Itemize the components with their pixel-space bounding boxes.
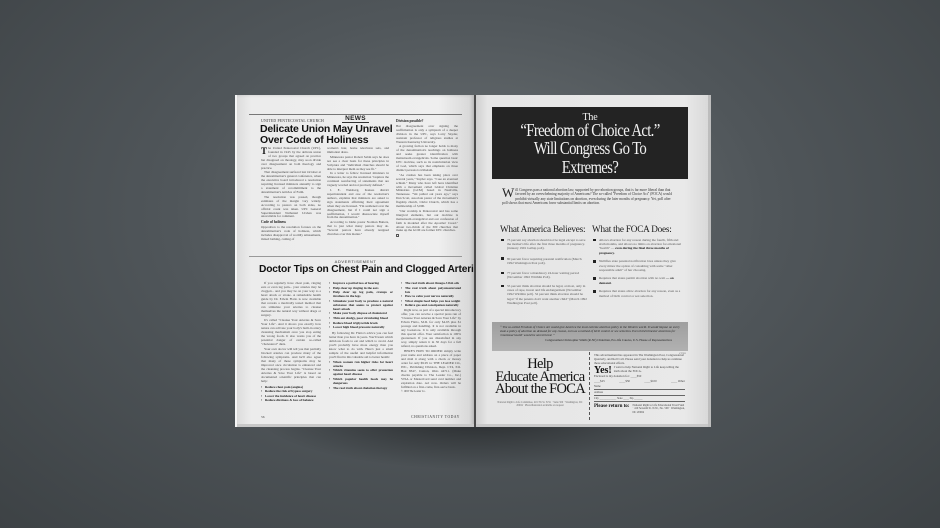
- page-edge: [476, 424, 708, 427]
- item-text: Requires that states allow abortion for …: [599, 289, 680, 297]
- section-label: NEWS: [342, 115, 369, 123]
- list-item: Nullifies state parental notification la…: [593, 259, 683, 272]
- paragraph: It's called "Cleanse Your Arteries & Sav…: [261, 318, 321, 346]
- drop-cap: T: [261, 147, 267, 155]
- paragraph: Your own doctor will tell you that parti…: [261, 347, 321, 383]
- amount-options: ____$25 ____$50 ____$100 ____ Other: [594, 380, 685, 384]
- paragraph: But disagreement over signing the reaffi…: [396, 125, 458, 145]
- open-magazine: NEWS UNITED PENTECOSTAL CHURCH Delicate …: [235, 95, 711, 427]
- article-column-2: women's hair, home television sets, and …: [327, 147, 389, 255]
- right-page: The “Freedom of Choice Act.” Will Congre…: [476, 95, 711, 427]
- list-item: Help clear up ringing in the ears: [329, 286, 393, 290]
- list-item: Reduce dizziness & loss of balance: [261, 398, 321, 402]
- amount-option: ____$50: [619, 380, 630, 384]
- list-item: Stimulate your body to produce a natural…: [329, 299, 393, 311]
- list-item: Requires that states permit abortion wit…: [593, 276, 683, 284]
- amount-option: ____ Other: [671, 380, 685, 384]
- drop-cap: W: [502, 188, 514, 198]
- list-item: How to calm your nerves naturally: [401, 294, 461, 298]
- list-item: Relieve gas and constipation naturally: [401, 303, 461, 307]
- list-item: Make your body dispose of cholesterol: [329, 311, 393, 315]
- ad-column-1: If you regularly have chest pain, ringin…: [261, 281, 321, 403]
- list-item: Reduce the risk of bypass surgery: [261, 389, 321, 393]
- page-edge: [237, 424, 474, 427]
- ad-title-box: The “Freedom of Choice Act.” Will Congre…: [492, 107, 688, 179]
- divider: [249, 256, 462, 257]
- address-field: Address: [594, 391, 685, 396]
- info-list: When women run higher risks for heart at…: [329, 360, 393, 390]
- paragraph: women's hair, home television sets, and …: [327, 147, 389, 155]
- ad-column-3: The real truth about Omega-3 fish oils T…: [401, 281, 461, 396]
- quote-text: “ The so-called Freedom of Choice Act wo…: [500, 325, 680, 337]
- list-item: When women run higher risks for heart at…: [329, 360, 393, 368]
- benefit-list: Reduce chest pain (angina) Reduce the ri…: [261, 385, 321, 403]
- list-item: Which popular health foods may be danger…: [329, 377, 393, 385]
- list-item: Reduce chest pain (angina): [261, 385, 321, 389]
- return-label: Please return to:: [594, 404, 629, 414]
- list-item: The real truth about chelation therapy: [329, 386, 393, 390]
- list-item: Which vitamins seem to offer protection …: [329, 368, 393, 376]
- list-item: 77 percent favor a mandatory 24-hour wai…: [501, 271, 587, 279]
- list-item: Help clear up leg pain, cramps or tiredn…: [329, 290, 393, 298]
- america-believes-title: What America Believes:: [500, 224, 585, 234]
- help-line-3: About the FOCA: [494, 383, 586, 396]
- list-item: Allows abortion for any reason during th…: [593, 238, 683, 255]
- name-field: Name: [594, 385, 685, 390]
- title-line-2: “Freedom of Choice Act.”: [510, 122, 671, 139]
- paragraph: J. E. Weisberg, Kansas district superint…: [327, 189, 389, 220]
- magazine-name: CHRISTIANITY TODAY: [411, 415, 460, 419]
- sponsor-footer: National Right to Life Committee, 419 7t…: [494, 401, 586, 407]
- return-address: National Right to Life Educational Trust…: [632, 404, 685, 414]
- item-text: Nullifies state parental notification la…: [599, 259, 676, 271]
- paragraph: Opposition to the resolution focuses on …: [261, 226, 321, 242]
- coupon-intro: This advertisement has appeared in The W…: [594, 354, 685, 365]
- list-item: Requires that states allow abortion for …: [593, 289, 683, 297]
- paragraph: "Our worship is Pentecostal and has some…: [396, 210, 458, 233]
- foca-does-list: Allows abortion for any reason during th…: [593, 238, 683, 302]
- page-number: 56: [261, 415, 265, 419]
- section-header: NEWS: [249, 105, 462, 115]
- list-item: Lower high blood pressure naturally: [329, 325, 393, 329]
- quote-box: “ The so-called Freedom of Choice Act wo…: [492, 322, 688, 351]
- list-item: Improve a partial loss of hearing: [329, 281, 393, 285]
- benefit-list: Improve a partial loss of hearing Help c…: [329, 281, 393, 329]
- paragraph: he United Pentecostal Church (UPC), foun…: [261, 146, 321, 170]
- order-instructions: HERE'S HOW TO ORDER: simply write your n…: [401, 349, 461, 389]
- america-believes-list: 73 percent say abortion should not be le…: [501, 238, 587, 309]
- list-item: The real truth about Omega-3 fish oils: [401, 281, 461, 285]
- list-item: Lower the incidence of heart disease: [261, 394, 321, 398]
- list-item: Reduce blood triglyceride levels: [329, 321, 393, 325]
- paragraph: The resolution was passed, though estima…: [261, 196, 321, 219]
- city-state-zip-field: City ____________ State ____ Zip ______: [594, 397, 685, 402]
- ad-column-2: Improve a partial loss of hearing Help c…: [329, 281, 393, 390]
- paragraph: That disagreement surfaced last October …: [261, 171, 321, 194]
- list-item: The real truth about polyunsaturated fat…: [401, 286, 461, 294]
- coupon-code: CT993: [679, 352, 686, 356]
- list-item: 73 percent say abortion should not be le…: [501, 238, 587, 251]
- intro-text: ill Congress pass a national abortion la…: [502, 188, 672, 205]
- paragraph: By following Dr. Flatto's advice you can…: [329, 331, 393, 359]
- paragraph: "As crashes has been taking place over s…: [396, 174, 458, 209]
- paragraph: Minnesota pastor Robert Sabin says he do…: [327, 156, 389, 172]
- list-item: Thin out sludgy, poor circulating blood: [329, 316, 393, 320]
- return-row: Please return to: National Right to Life…: [594, 404, 685, 414]
- foca-does-title: What the FOCA Does:: [592, 224, 672, 234]
- help-headline: Help Educate America About the FOCA: [494, 358, 586, 396]
- info-list: The real truth about Omega-3 fish oils T…: [401, 281, 461, 307]
- title-line-3: Will Congress Go To Extremes?: [510, 139, 671, 177]
- paragraph: A growing faction no longer holds to man…: [396, 145, 458, 172]
- list-item: 55 percent think abortion should be lega…: [501, 284, 587, 305]
- paragraph: According to Idaho pastor Norman Butters…: [327, 221, 389, 237]
- list-item: What simple food helps you lose weight: [401, 299, 461, 303]
- end-mark-icon: [396, 234, 399, 237]
- list-item: 80 percent favor requiring parental noti…: [501, 257, 587, 265]
- paragraph: If you regularly have chest pain, ringin…: [261, 281, 321, 317]
- left-page: NEWS UNITED PENTECOSTAL CHURCH Delicate …: [235, 95, 474, 427]
- article-headline: Delicate Union May Unravel Over Code of …: [260, 124, 400, 145]
- amount-option: ____$100: [644, 380, 656, 384]
- donation-coupon: CT993 This advertisement has appeared in…: [589, 352, 689, 420]
- amount-option: ____$25: [594, 380, 605, 384]
- article-column-3: Division possible? But disagreement over…: [396, 120, 458, 256]
- article-column-1: The United Pentecostal Church (UPC), fou…: [261, 147, 321, 255]
- ad-headline: Doctor Tips on Chest Pain and Clogged Ar…: [259, 264, 469, 275]
- yes-text: I want to help National Right to Life ke…: [614, 366, 685, 374]
- copyright-notice: © 1993 The Leader Co.: [401, 390, 461, 394]
- quote-attribution: Congressman Christopher Smith (R-NJ) Cha…: [500, 338, 680, 342]
- paragraph: In a letter to fellow licensed ministers…: [327, 172, 389, 188]
- paragraph: Right now, as part of a special introduc…: [401, 308, 461, 348]
- intro-paragraph: Will Congress pass a national abortion l…: [502, 188, 674, 206]
